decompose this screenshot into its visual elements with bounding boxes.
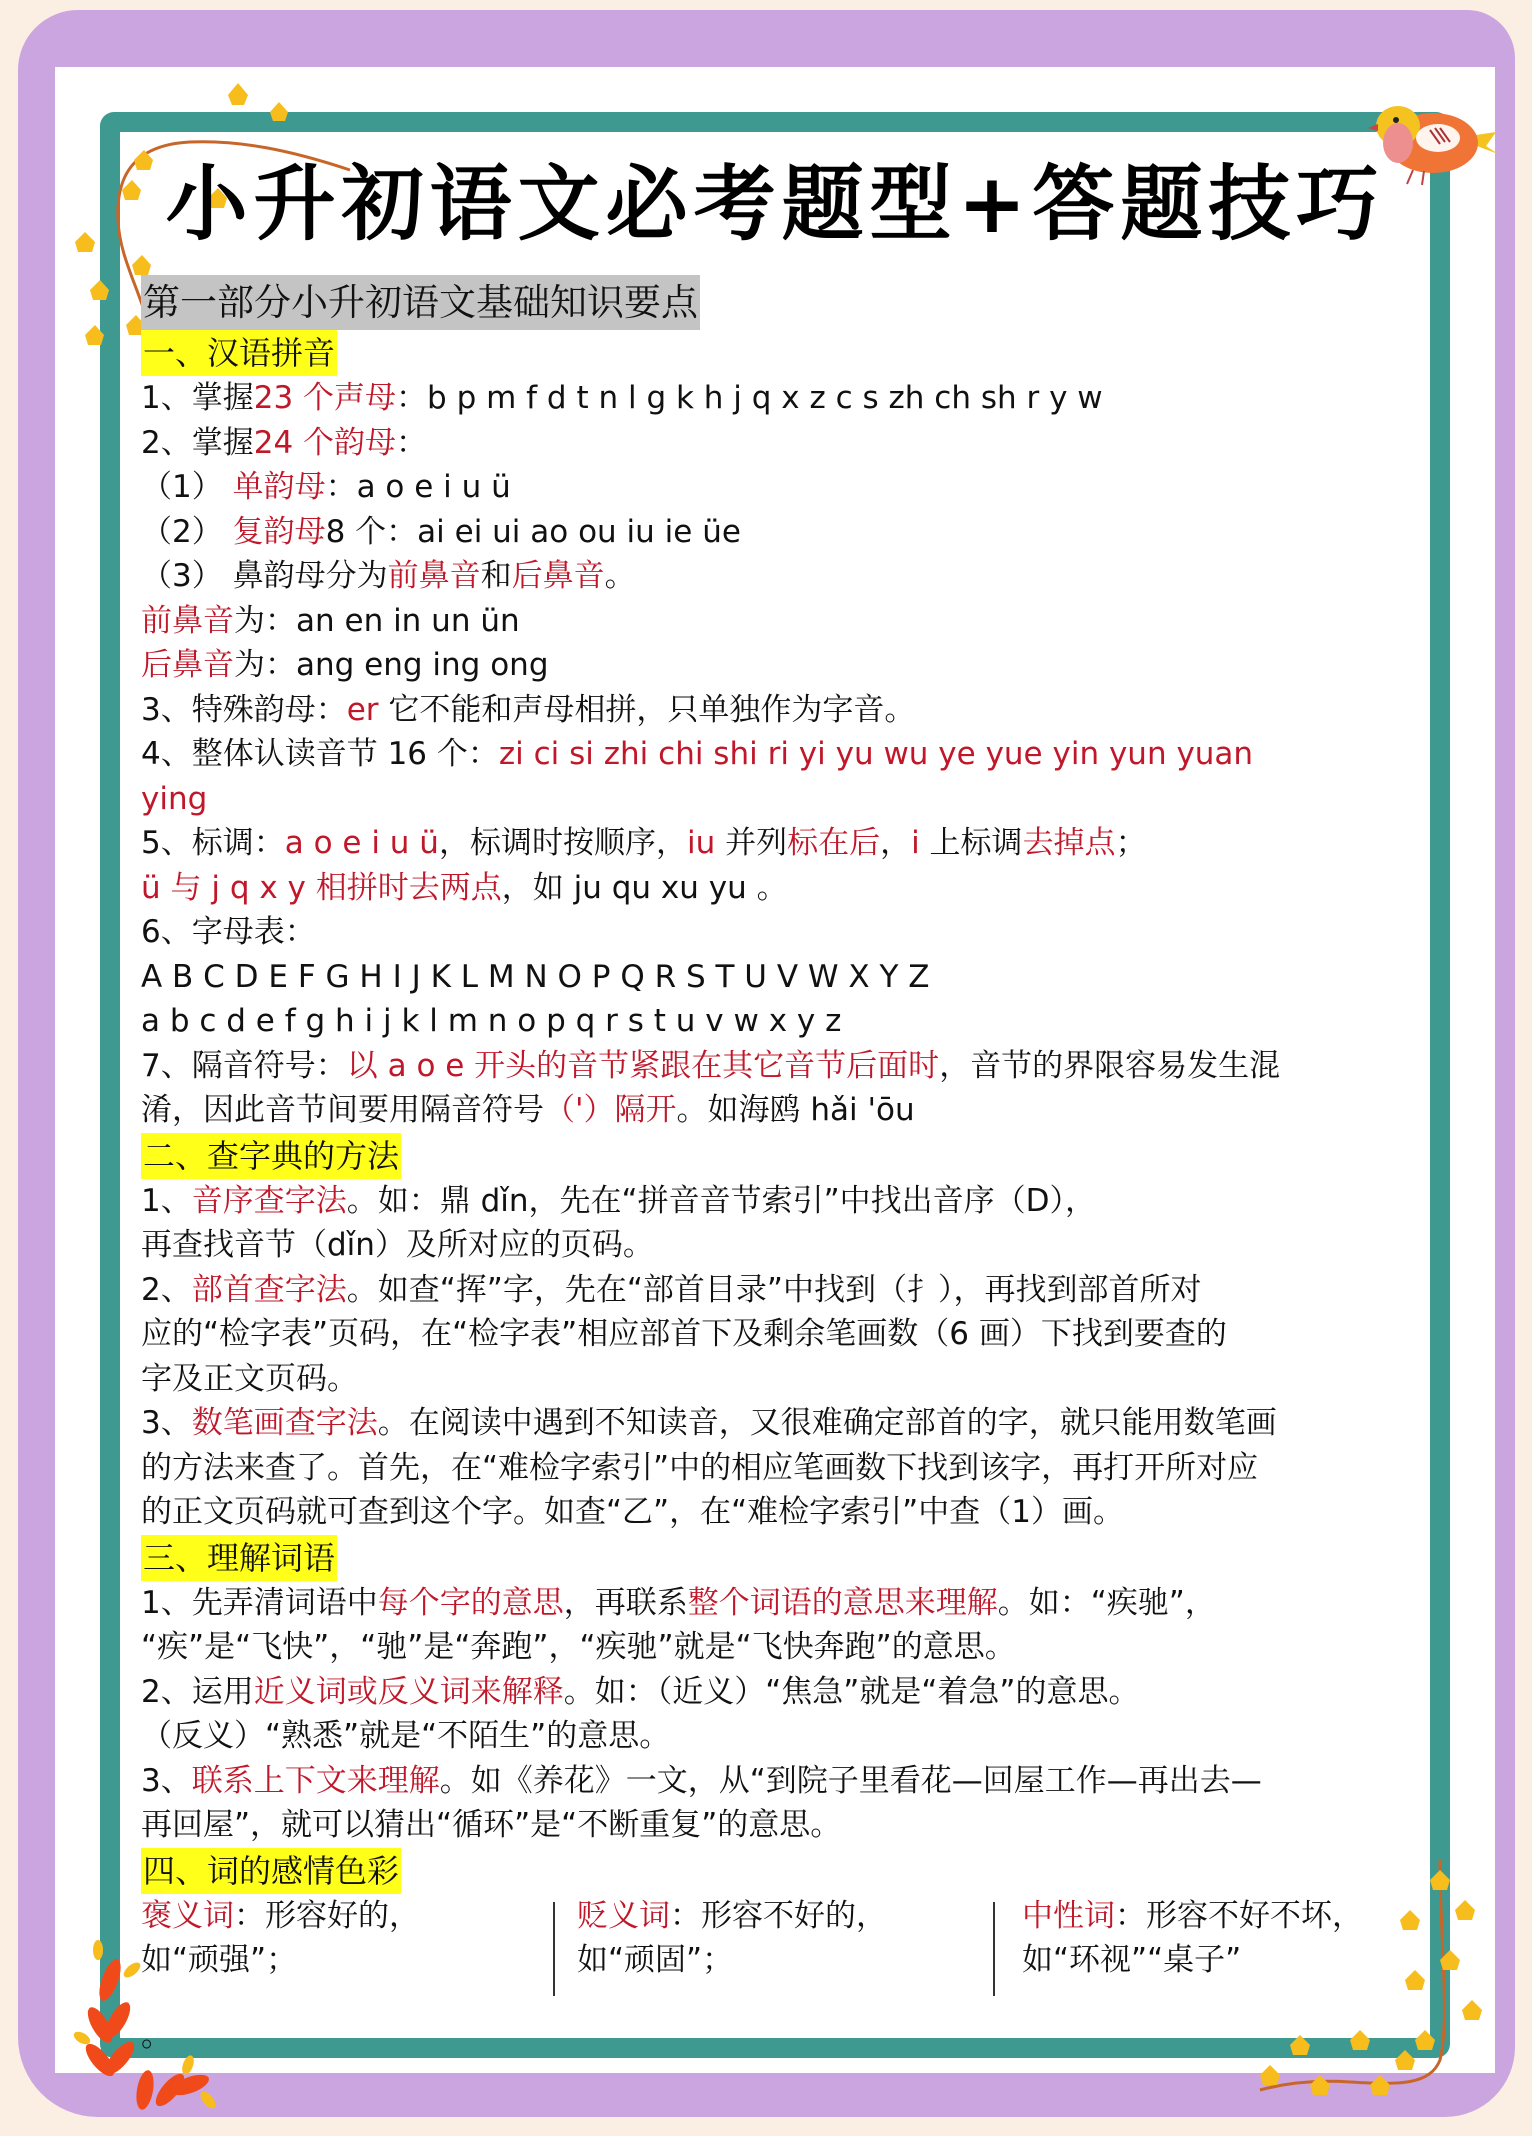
text-line: 3、联系上下文来理解。如《养花》一文，从“到院子里看花—回屋工作—再出去— bbox=[141, 1759, 1416, 1804]
text-segment: 并列 bbox=[715, 825, 787, 861]
text-line: 2、掌握24 个韵母： bbox=[141, 421, 1416, 466]
text-segment: 的正文页码就可查到这个字。如查“乙”，在“难检字索引”中查（1）画。 bbox=[141, 1494, 1124, 1530]
text-line: 再查找音节（dǐn）及所对应的页码。 bbox=[141, 1223, 1416, 1268]
section-lines: 1、先弄清词语中每个字的意思，再联系整个词语的意思来理解。如：“疾驰”，“疾”是… bbox=[141, 1581, 1416, 1848]
text-segment: 1、掌握 bbox=[141, 380, 254, 416]
section-pinyin: 一、汉语拼音 1、掌握23 个声母：b p m f d t n l g k h … bbox=[141, 330, 1416, 1133]
text-segment: 8 个：ai ei ui ao ou iu ie üe bbox=[326, 514, 741, 550]
page-title: 小升初语文必考题型+答题技巧 bbox=[120, 150, 1430, 260]
term: 褒义词 bbox=[141, 1898, 234, 1934]
text-segment: 。 bbox=[605, 558, 636, 594]
highlighted-text: 数笔画查字法 bbox=[192, 1405, 378, 1441]
text-segment: 字及正文页码。 bbox=[141, 1361, 358, 1397]
text-segment: 再查找音节（dǐn）及所对应的页码。 bbox=[141, 1227, 654, 1263]
text-segment: A B C D E F G H I J K L M N O P Q R S T … bbox=[141, 959, 930, 995]
highlighted-text: er bbox=[347, 692, 379, 728]
text-line: 2、运用近义词或反义词来解释。如：（近义）“焦急”就是“着急”的意思。 bbox=[141, 1670, 1416, 1715]
highlighted-text: 23 个声母 bbox=[254, 380, 396, 416]
definition: ：形容好的， bbox=[234, 1898, 420, 1934]
text-segment: 3、 bbox=[141, 1405, 192, 1441]
text-segment: （2） bbox=[141, 514, 233, 550]
text-line: 1、掌握23 个声母：b p m f d t n l g k h j q x z… bbox=[141, 376, 1416, 421]
section-heading: 三、理解词语 bbox=[141, 1535, 337, 1581]
text-segment: ，音节的界限容易发生混 bbox=[939, 1048, 1280, 1084]
highlighted-text: 前鼻音 bbox=[388, 558, 481, 594]
highlighted-text: 以 a o e 开头的音节紧跟在其它音节后面时 bbox=[347, 1048, 939, 1084]
text-segment: 。如：鼎 dǐn，先在“拼音音节索引”中找出音序（D）， bbox=[347, 1183, 1096, 1219]
highlighted-text: （'）隔开 bbox=[544, 1092, 677, 1128]
text-line: （反义）“熟悉”就是“不陌生”的意思。 bbox=[141, 1714, 1416, 1759]
text-line: 1、先弄清词语中每个字的意思，再联系整个词语的意思来理解。如：“疾驰”， bbox=[141, 1581, 1416, 1626]
text-line: “疾”是“飞快”，“驰”是“奔跑”，“疾驰”就是“飞快奔跑”的意思。 bbox=[141, 1625, 1416, 1670]
text-segment: “疾”是“飞快”，“驰”是“奔跑”，“疾驰”就是“飞快奔跑”的意思。 bbox=[141, 1629, 1016, 1665]
text-line: a b c d e f g h i j k l m n o p q r s t … bbox=[141, 999, 1416, 1044]
text-line: 3、特殊韵母：er 它不能和声母相拼，只单独作为字音。 bbox=[141, 688, 1416, 733]
text-line: （1） 单韵母：a o e i u ü bbox=[141, 465, 1416, 510]
text-segment: 淆，因此音节间要用隔音符号 bbox=[141, 1092, 544, 1128]
text-segment: 它不能和声母相拼，只单独作为字音。 bbox=[379, 692, 916, 728]
text-line: 字及正文页码。 bbox=[141, 1357, 1416, 1402]
text-line: 的方法来查了。首先，在“难检字索引”中的相应笔画数下找到该字，再打开所对应 bbox=[141, 1446, 1416, 1491]
text-segment: 2、掌握 bbox=[141, 425, 254, 461]
text-segment: （1） bbox=[141, 469, 233, 505]
text-line: 6、字母表： bbox=[141, 910, 1416, 955]
term: 中性词 bbox=[1022, 1898, 1115, 1934]
text-line: （2） 复韵母8 个：ai ei ui ao ou iu ie üe bbox=[141, 510, 1416, 555]
text-segment: （3） 鼻韵母分为 bbox=[141, 558, 388, 594]
section-heading: 四、词的感情色彩 bbox=[141, 1848, 401, 1894]
example: 如“顽强”； bbox=[141, 1938, 420, 1983]
section-lines: 1、音序查字法。如：鼎 dǐn，先在“拼音音节索引”中找出音序（D），再查找音节… bbox=[141, 1179, 1416, 1535]
text-segment: 为：ang eng ing ong bbox=[234, 647, 549, 683]
text-segment: ：a o e i u ü bbox=[326, 469, 511, 505]
term: 贬义词 bbox=[577, 1898, 670, 1934]
text-segment: 再回屋”，就可以猜出“循环”是“不断重复”的意思。 bbox=[141, 1807, 841, 1843]
text-segment: 上标调 bbox=[920, 825, 1023, 861]
text-line: 前鼻音为：an en in un ün bbox=[141, 599, 1416, 644]
text-segment: 。如海鸥 hǎi 'ōu bbox=[677, 1092, 915, 1128]
text-line: 3、数笔画查字法。在阅读中遇到不知读音，又很难确定部首的字，就只能用数笔画 bbox=[141, 1401, 1416, 1446]
highlighted-text: 去掉点 bbox=[1023, 825, 1116, 861]
text-line: 后鼻音为：ang eng ing ong bbox=[141, 643, 1416, 688]
text-line: 7、隔音符号：以 a o e 开头的音节紧跟在其它音节后面时，音节的界限容易发生… bbox=[141, 1044, 1416, 1089]
sentiment-columns: 褒义词：形容好的， 如“顽强”； 贬义词：形容不好的， 如“顽固”； 中性词：形… bbox=[141, 1894, 1416, 2034]
column-derogatory: 贬义词：形容不好的， 如“顽固”； bbox=[577, 1894, 887, 1983]
text-segment: ：b p m f d t n l g k h j q x z c s zh ch… bbox=[396, 380, 1103, 416]
text-line: （3） 鼻韵母分为前鼻音和后鼻音。 bbox=[141, 554, 1416, 599]
text-segment: ： bbox=[396, 425, 427, 461]
text-segment: a b c d e f g h i j k l m n o p q r s t … bbox=[141, 1003, 841, 1039]
highlighted-text: ying bbox=[141, 781, 207, 817]
text-segment: 的方法来查了。首先，在“难检字索引”中的相应笔画数下找到该字，再打开所对应 bbox=[141, 1450, 1258, 1486]
highlighted-text: iu bbox=[687, 825, 715, 861]
column-divider bbox=[993, 1902, 995, 1996]
text-segment: 。在阅读中遇到不知读音，又很难确定部首的字，就只能用数笔画 bbox=[378, 1405, 1277, 1441]
highlighted-text: 部首查字法 bbox=[192, 1272, 347, 1308]
highlighted-text: 音序查字法 bbox=[192, 1183, 347, 1219]
text-line: A B C D E F G H I J K L M N O P Q R S T … bbox=[141, 955, 1416, 1000]
text-segment: 。如：“疾驰”， bbox=[998, 1585, 1216, 1621]
text-segment: 4、整体认读音节 16 个： bbox=[141, 736, 499, 772]
highlighted-text: zi ci si zhi chi shi ri yi yu wu ye yue … bbox=[499, 736, 1253, 772]
text-segment: （反义）“熟悉”就是“不陌生”的意思。 bbox=[141, 1718, 670, 1754]
example: 如“顽固”； bbox=[577, 1938, 887, 1983]
text-segment: 2、运用 bbox=[141, 1674, 254, 1710]
text-line: 应的“检字表”页码，在“检字表”相应部首下及剩余笔画数（6 画）下找到要查的 bbox=[141, 1312, 1416, 1357]
text-line: 5、标调：a o e i u ü，标调时按顺序，iu 并列标在后，i 上标调去掉… bbox=[141, 821, 1416, 866]
text-segment: 1、先弄清词语中 bbox=[141, 1585, 378, 1621]
definition: ：形容不好的， bbox=[670, 1898, 887, 1934]
text-segment: ，如 ju qu xu yu 。 bbox=[502, 870, 788, 906]
text-segment: 。如《养花》一文，从“到院子里看花—回屋工作—再出去— bbox=[440, 1763, 1262, 1799]
text-segment: ，标调时按顺序， bbox=[439, 825, 687, 861]
text-line: 1、音序查字法。如：鼎 dǐn，先在“拼音音节索引”中找出音序（D）， bbox=[141, 1179, 1416, 1224]
text-segment: 7、隔音符号： bbox=[141, 1048, 347, 1084]
section-dictionary: 二、查字典的方法 1、音序查字法。如：鼎 dǐn，先在“拼音音节索引”中找出音序… bbox=[141, 1133, 1416, 1535]
text-line: 2、部首查字法。如查“挥”字，先在“部首目录”中找到（扌），再找到部首所对 bbox=[141, 1268, 1416, 1313]
highlighted-text: a o e i u ü bbox=[285, 825, 439, 861]
text-segment: ， bbox=[880, 825, 911, 861]
highlighted-text: 后鼻音 bbox=[141, 647, 234, 683]
highlighted-text: 复韵母 bbox=[233, 514, 326, 550]
text-segment: 3、 bbox=[141, 1763, 192, 1799]
highlighted-text: 联系上下文来理解 bbox=[192, 1763, 440, 1799]
text-line: 淆，因此音节间要用隔音符号（'）隔开。如海鸥 hǎi 'ōu bbox=[141, 1088, 1416, 1133]
text-segment: 6、字母表： bbox=[141, 914, 316, 950]
text-segment: 3、特殊韵母： bbox=[141, 692, 347, 728]
highlighted-text: 标在后 bbox=[787, 825, 880, 861]
content-body: 第一部分小升初语文基础知识要点 一、汉语拼音 1、掌握23 个声母：b p m … bbox=[141, 275, 1416, 2058]
section-heading: 一、汉语拼音 bbox=[141, 330, 337, 376]
highlighted-text: 24 个韵母 bbox=[254, 425, 396, 461]
text-line: ying bbox=[141, 777, 1416, 822]
text-segment: 。如：（近义）“焦急”就是“着急”的意思。 bbox=[564, 1674, 1140, 1710]
text-segment: 1、 bbox=[141, 1183, 192, 1219]
text-segment: ； bbox=[1116, 825, 1147, 861]
text-line: 4、整体认读音节 16 个：zi ci si zhi chi shi ri yi… bbox=[141, 732, 1416, 777]
section-word-sentiment: 四、词的感情色彩 褒义词：形容好的， 如“顽强”； 贬义词：形容不好的， 如“顽… bbox=[141, 1848, 1416, 2059]
text-segment: 应的“检字表”页码，在“检字表”相应部首下及剩余笔画数（6 画）下找到要查的 bbox=[141, 1316, 1227, 1352]
example: 如“环视”“桌子” bbox=[1022, 1938, 1363, 1983]
text-segment: 和 bbox=[481, 558, 512, 594]
highlighted-text: 整个词语的意思来理解 bbox=[688, 1585, 998, 1621]
highlighted-text: 每个字的意思 bbox=[378, 1585, 564, 1621]
text-segment: 5、标调： bbox=[141, 825, 285, 861]
column-commendatory: 褒义词：形容好的， 如“顽强”； bbox=[141, 1894, 420, 1983]
part-heading-row: 第一部分小升初语文基础知识要点 bbox=[141, 275, 1416, 330]
text-line: 再回屋”，就可以猜出“循环”是“不断重复”的意思。 bbox=[141, 1803, 1416, 1848]
part-heading: 第一部分小升初语文基础知识要点 bbox=[141, 275, 700, 330]
highlighted-text: 单韵母 bbox=[233, 469, 326, 505]
section-lines: 1、掌握23 个声母：b p m f d t n l g k h j q x z… bbox=[141, 376, 1416, 1133]
text-segment: ，再联系 bbox=[564, 1585, 688, 1621]
column-divider bbox=[553, 1902, 555, 1996]
highlighted-text: i bbox=[911, 825, 920, 861]
highlighted-text: 后鼻音 bbox=[512, 558, 605, 594]
text-segment: 为：an en in un ün bbox=[234, 603, 520, 639]
definition: ：形容不好不坏， bbox=[1115, 1898, 1363, 1934]
section-heading: 二、查字典的方法 bbox=[141, 1133, 401, 1179]
highlighted-text: ü 与 j q x y 相拼时去两点 bbox=[141, 870, 502, 906]
highlighted-text: 前鼻音 bbox=[141, 603, 234, 639]
text-line: 的正文页码就可查到这个字。如查“乙”，在“难检字索引”中查（1）画。 bbox=[141, 1490, 1416, 1535]
highlighted-text: 近义词或反义词来解释 bbox=[254, 1674, 564, 1710]
text-segment: 。如查“挥”字，先在“部首目录”中找到（扌），再找到部首所对 bbox=[347, 1272, 1202, 1308]
section-understanding-words: 三、理解词语 1、先弄清词语中每个字的意思，再联系整个词语的意思来理解。如：“疾… bbox=[141, 1535, 1416, 1848]
text-segment: 2、 bbox=[141, 1272, 192, 1308]
text-line: ü 与 j q x y 相拼时去两点，如 ju qu xu yu 。 bbox=[141, 866, 1416, 911]
column-neutral: 中性词：形容不好不坏， 如“环视”“桌子” bbox=[1022, 1894, 1363, 1983]
